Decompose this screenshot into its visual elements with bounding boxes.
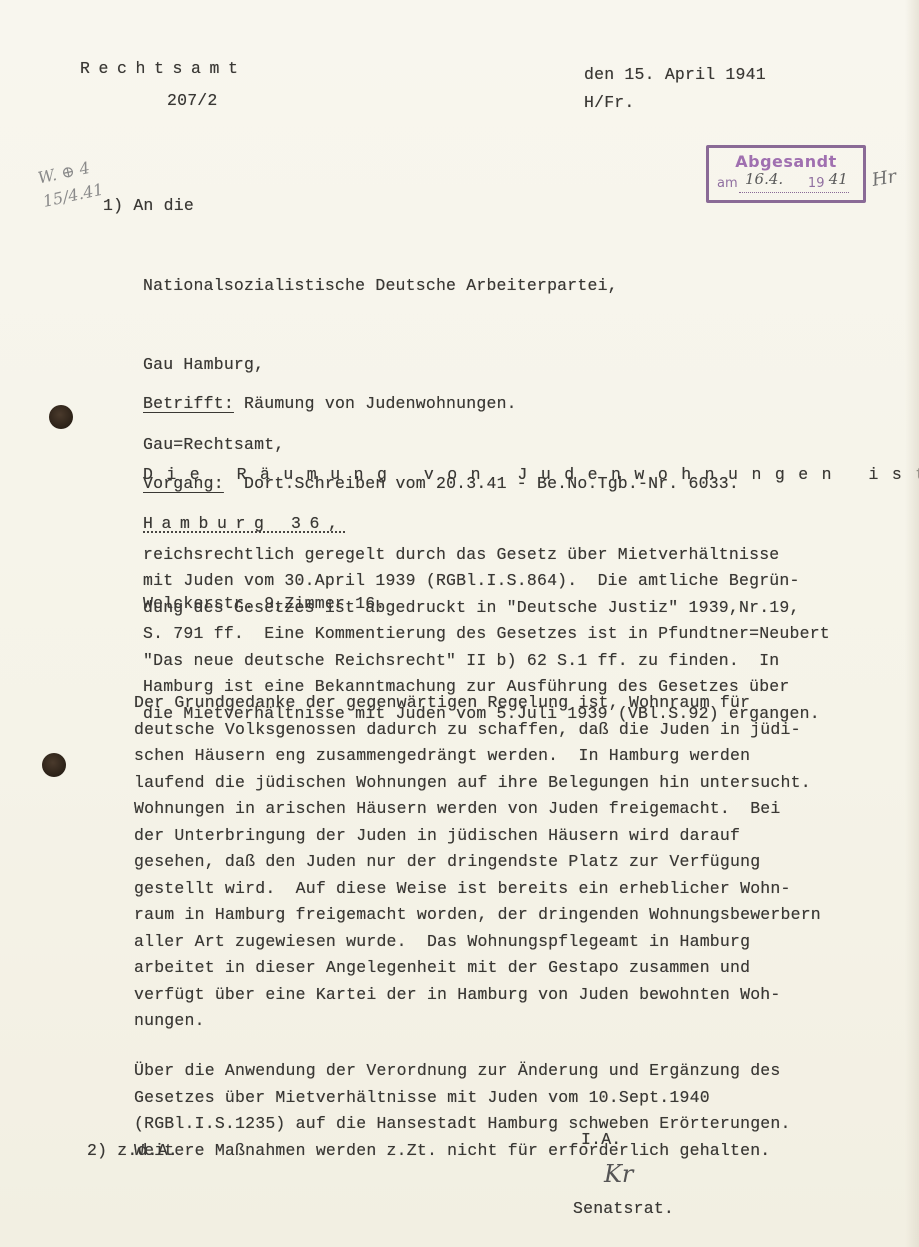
on-behalf-abbreviation: I.A. <box>581 1127 621 1154</box>
text-line: dung des Gesetzes ist abgedruckt in "Deu… <box>143 595 919 622</box>
text-line: (RGBl.I.S.1235) auf die Hansestadt Hambu… <box>134 1111 791 1138</box>
item-number: 1) <box>103 196 123 215</box>
paragraph-lines: Über die Anwendung der Verordnung zur Än… <box>134 1058 791 1164</box>
margin-note-handwritten: W. ⊕ 4 15/4.41 <box>36 154 106 214</box>
stamp-handwritten-date: 16.4. 41 <box>745 170 848 188</box>
stamp-date-line <box>739 192 849 193</box>
text-line: reichsrechtlich geregelt durch das Geset… <box>143 542 919 569</box>
text-line: Der Grundgedanke der gegenwärtigen Regel… <box>134 690 821 717</box>
text-line: Gesetzes über Mietverhältnisse mit Juden… <box>134 1085 791 1112</box>
stamp-initials-handwritten: Hr <box>870 166 898 191</box>
paragraph-lines: Der Grundgedanke der gegenwärtigen Regel… <box>134 690 821 1035</box>
address-line: 1) An die <box>103 193 618 220</box>
text-line: deutsche Volksgenossen dadurch zu schaff… <box>134 717 821 744</box>
text-line: Weitere Maßnahmen werden z.Zt. nicht für… <box>134 1138 791 1165</box>
text-line: gestellt wird. Auf diese Weise ist berei… <box>134 876 821 903</box>
text-line: mit Juden vom 30.April 1939 (RGBl.I.S.86… <box>143 568 919 595</box>
body-paragraph-3: Über die Anwendung der Verordnung zur Än… <box>134 1005 791 1217</box>
stamp-date-prefix: am <box>717 176 738 191</box>
signer-title: Senatsrat. <box>573 1196 674 1223</box>
punch-hole <box>42 753 66 777</box>
text-line: laufend die jüdischen Wohnungen auf ihre… <box>134 770 821 797</box>
letter-page: Rechtsamt 207/2 den 15. April 1941 H/Fr.… <box>0 0 919 1247</box>
text-line: schen Häusern eng zusammengedrängt werde… <box>134 743 821 770</box>
file-reference: 207/2 <box>167 88 218 115</box>
sent-stamp: Abgesandt am 19 16.4. 41 <box>706 145 866 203</box>
department-name: Rechtsamt <box>80 56 247 83</box>
address-line: Nationalsozialistische Deutsche Arbeiter… <box>103 273 618 300</box>
paragraph-lead: Die Räumung von Judenwohnungen ist <box>143 462 919 489</box>
text-line: Über die Anwendung der Verordnung zur Än… <box>134 1058 791 1085</box>
filing-instruction: 2) z.d.A. <box>87 1138 178 1165</box>
text-line: raum in Hamburg freigemacht worden, der … <box>134 902 821 929</box>
text-line: der Unterbringung der Juden in jüdischen… <box>134 823 821 850</box>
handwritten-year: 41 <box>829 170 848 188</box>
letter-date: den 15. April 1941 <box>584 62 766 89</box>
typist-initials: H/Fr. <box>584 90 635 117</box>
text-line: gesehen, daß den Juden nur der dringends… <box>134 849 821 876</box>
text-line: Wohnungen in arischen Häusern werden von… <box>134 796 821 823</box>
text-line: aller Art zugewiesen wurde. Das Wohnungs… <box>134 929 821 956</box>
text-line: arbeitet in dieser Angelegenheit mit der… <box>134 955 821 982</box>
signature-handwritten: Kr <box>604 1160 633 1188</box>
stamp-title: Abgesandt <box>709 152 863 171</box>
handwritten-date: 16.4. <box>745 170 783 188</box>
punch-hole <box>49 405 73 429</box>
